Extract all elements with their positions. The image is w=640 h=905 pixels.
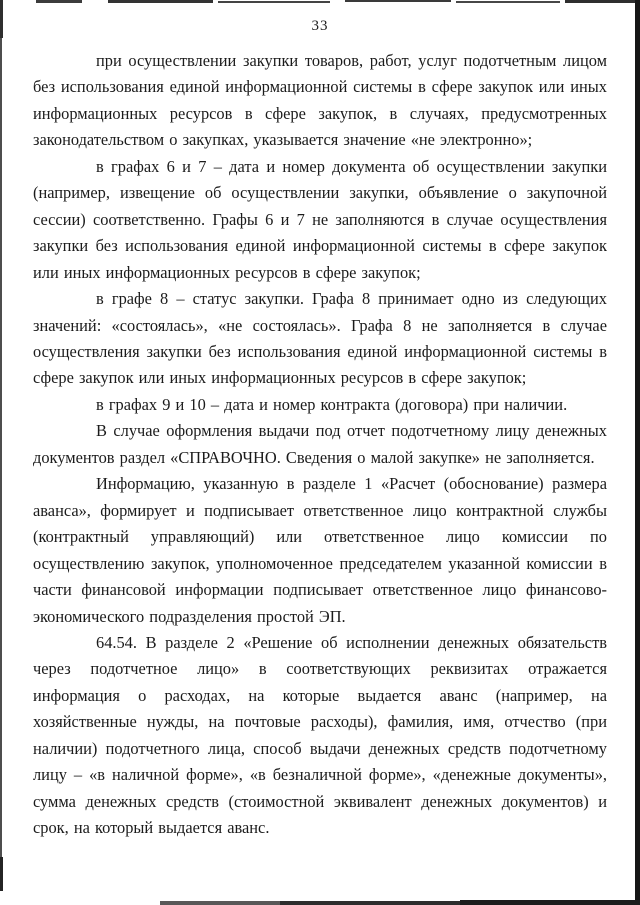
page-number: 33 xyxy=(0,18,640,35)
paragraph: Информацию, указанную в разделе 1 «Расче… xyxy=(33,471,607,630)
scan-edge-top-segment xyxy=(456,1,560,3)
paragraph: в графах 9 и 10 – дата и номер контракта… xyxy=(33,392,607,418)
paragraph: В случае оформления выдачи под отчет под… xyxy=(33,418,607,471)
paragraph: 64.54. В разделе 2 «Решение об исполнени… xyxy=(33,630,607,842)
scan-edge-bottom-segment xyxy=(160,901,280,905)
scan-edge-top-segment xyxy=(565,0,635,3)
scan-edge-top-segment xyxy=(108,0,213,3)
scan-edge-top-segment xyxy=(218,1,330,3)
paragraph: при осуществлении закупки товаров, работ… xyxy=(33,48,607,154)
scan-edge-left-tick xyxy=(0,857,3,891)
scan-edge-left xyxy=(0,0,2,878)
document-body: при осуществлении закупки товаров, работ… xyxy=(33,48,607,842)
paragraph: в графе 8 – статус закупки. Графа 8 прин… xyxy=(33,286,607,392)
scan-edge-right xyxy=(635,0,640,905)
scanned-document-page: 33 при осуществлении закупки товаров, ра… xyxy=(0,0,640,905)
scan-edge-top-segment xyxy=(345,0,451,2)
scan-edge-bottom-segment xyxy=(460,900,640,905)
scan-edge-bottom-segment xyxy=(280,901,460,905)
paragraph: в графах 6 и 7 – дата и номер документа … xyxy=(33,154,607,286)
scan-edge-top-segment xyxy=(36,0,82,3)
